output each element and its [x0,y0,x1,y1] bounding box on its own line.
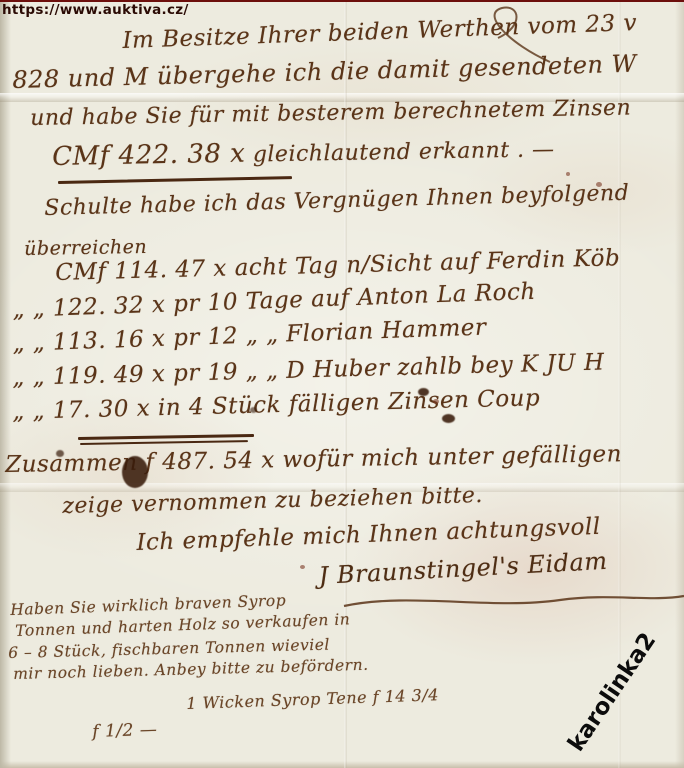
signature-flourish [340,588,684,618]
ink-speck [596,182,602,187]
ink-blot [442,414,455,423]
handwriting-line-opening-5: Schulte habe ich das Vergnügen Ihnen bey… [44,181,630,221]
amount-422-38: CMf 422. 38 x [52,139,246,172]
signature: J Braunstingel's Eidam [318,547,608,590]
amount-item-row: „ „ 113. 16 x pr 12 „ „ Florian Hammer [12,314,487,357]
total-double-rule-top [78,434,254,440]
handwriting-note-left: f 1/2 — [92,720,158,742]
handwriting-line-amount: CMf 422. 38 x gleichlautend erkannt . — [52,133,555,172]
ink-speck [433,399,439,404]
amount-item-row: „ „ 17. 30 x in 4 Stück fälligen Zinsen … [12,385,540,425]
handwriting-line-closing-2: Ich empfehle mich Ihnen achtungsvoll [136,514,601,556]
karolinka2-watermark: karolinka2 [563,628,661,756]
ink-blot [418,388,429,396]
ink-blot [250,407,257,413]
ink-speck [566,172,570,176]
handwriting-note-center: 1 Wicken Syrop Tene f 14 3/4 [186,685,439,713]
ink-speck [300,565,305,569]
ink-blot [56,450,64,457]
handwriting-line-opening-1: Im Besitze Ihrer beiden Werthen vom 23 v [122,10,637,54]
auktiva-url-watermark: https://www.auktiva.cz/ [2,2,189,18]
letter-scan-paper: Im Besitze Ihrer beiden Werthen vom 23 v… [0,0,684,768]
ink-blot [122,456,148,488]
total-double-rule-bottom [80,440,248,445]
pen-swash [440,4,560,66]
amount-line-rest: gleichlautend erkannt . — [245,137,555,167]
amount-item-row: „ „ 119. 49 x pr 19 „ „ D Huber zahlb be… [12,349,605,390]
amount-underline [58,176,292,183]
handwriting-line-opening-6: überreichen [24,236,147,260]
handwriting-line-total: Zusammen f 487. 54 x wofür mich unter ge… [5,441,622,478]
